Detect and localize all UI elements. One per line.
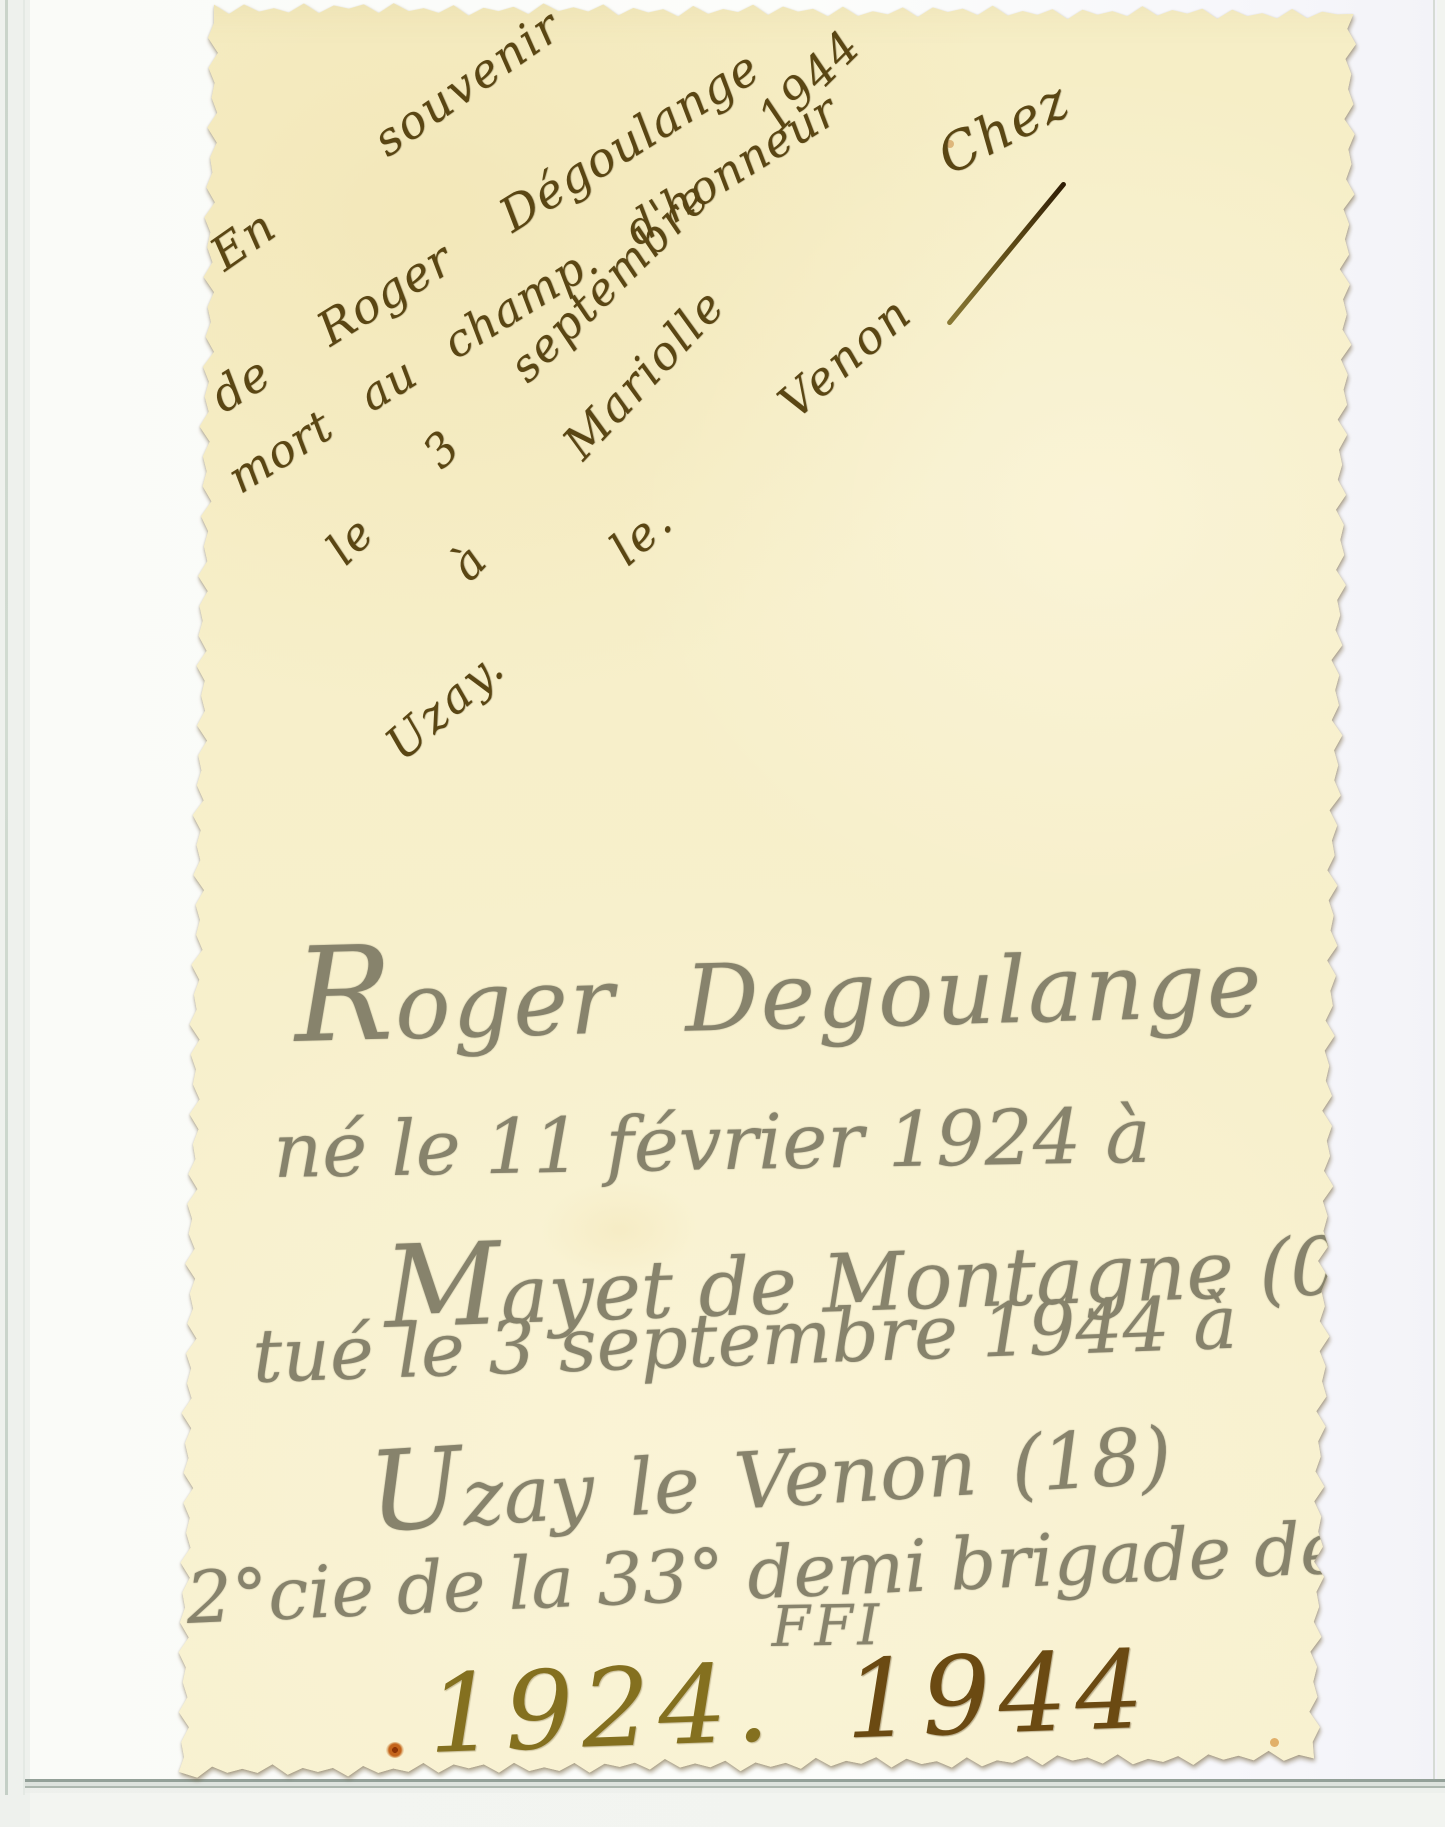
pencil-caption-line-1: Roger Degoulange FFI: [293, 916, 1445, 1059]
rust-speck: [1270, 1738, 1279, 1747]
photo-paper-shadow: En souvenir de Roger Dégoulange mort au …: [0, 0, 1445, 1827]
flourish-stroke: [946, 181, 1067, 326]
scanned-photo-verso: En souvenir de Roger Dégoulange mort au …: [0, 0, 1445, 1827]
birth-year: 1924.: [426, 1641, 779, 1778]
rust-stain: [386, 1742, 404, 1758]
death-year: 1944: [843, 1628, 1154, 1764]
photo-paper: En souvenir de Roger Dégoulange mort au …: [0, 0, 1445, 1827]
pencil-caption-line-2: né le 11 février 1924 à: [273, 1095, 1152, 1192]
rust-smudge: [1232, 1762, 1286, 1780]
years-inscription: 1924.1944: [426, 1637, 1153, 1770]
corner-annotation: Chez: [929, 71, 1080, 188]
